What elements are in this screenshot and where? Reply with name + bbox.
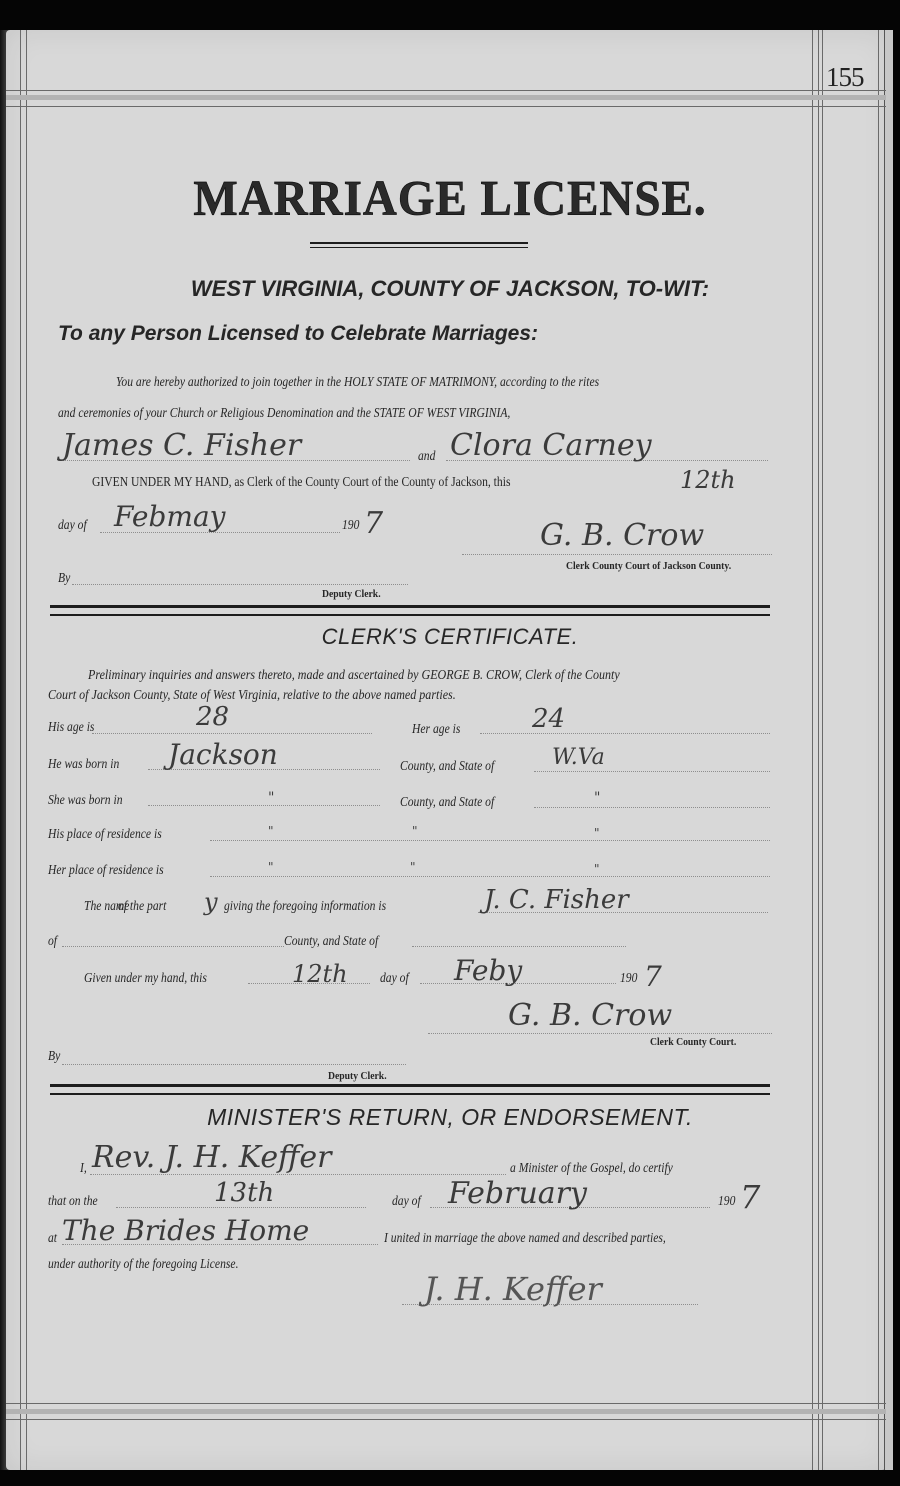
united-label: I united in marriage the above named and… xyxy=(384,1230,666,1246)
addressee-heading: To any Person Licensed to Celebrate Marr… xyxy=(58,322,538,346)
informant-party-suffix: y xyxy=(204,888,218,916)
clerk-signature: G. B. Crow xyxy=(540,518,704,553)
she-born-county: " xyxy=(268,790,274,806)
certificate-deputy-title: Deputy Clerk. xyxy=(328,1070,387,1082)
year-prefix: 190 xyxy=(342,517,359,533)
authority-label: under authority of the foregoing License… xyxy=(48,1256,238,1272)
minister-signature: J. H. Keffer xyxy=(424,1270,602,1308)
title-underline xyxy=(310,242,528,244)
margin-rule xyxy=(812,30,813,1470)
certificate-month: Feby xyxy=(454,954,522,987)
her-residence-ditto: " xyxy=(594,862,600,876)
he-born-label: He was born in xyxy=(48,756,119,772)
her-residence-label: Her place of residence is xyxy=(48,862,164,878)
informant-name: J. C. Fisher xyxy=(484,885,629,915)
certificate-day: 12th xyxy=(292,960,348,988)
given-label: Given under my hand, this xyxy=(84,970,207,986)
clerk-title: Clerk County Court of Jackson County. xyxy=(566,560,731,572)
marriage-place: The Brides Home xyxy=(62,1214,309,1247)
she-born-label: She was born in xyxy=(48,792,123,808)
license-intro-line2: and ceremonies of your Church or Religio… xyxy=(58,405,510,421)
footer-rule xyxy=(6,1419,886,1420)
minister-certify-label: a Minister of the Gospel, do certify xyxy=(510,1160,673,1176)
margin-rule xyxy=(26,30,27,1470)
day-of-label: day of xyxy=(58,517,87,533)
her-age-line xyxy=(480,733,770,734)
of-label: of xyxy=(48,933,57,949)
header-rule xyxy=(6,106,886,107)
document-title: MARRIAGE LICENSE. xyxy=(0,171,900,228)
ledger-page xyxy=(6,30,890,1470)
year-prefix: 190 xyxy=(620,970,637,986)
deputy-title: Deputy Clerk. xyxy=(322,588,381,600)
and-label: and xyxy=(418,448,435,464)
i-label: I, xyxy=(80,1160,87,1176)
certificate-intro-line1: Preliminary inquiries and answers theret… xyxy=(88,668,620,684)
margin-rule xyxy=(878,30,879,1470)
she-born-line xyxy=(148,805,380,806)
margin-rule xyxy=(822,30,823,1470)
her-residence-ditto: " xyxy=(410,860,416,874)
jurisdiction-heading: WEST VIRGINIA, COUNTY OF JACKSON, TO-WIT… xyxy=(0,276,900,302)
her-age-label: Her age is xyxy=(412,721,460,737)
clerk-signature-line xyxy=(462,554,772,555)
his-age-label: His age is xyxy=(48,719,94,735)
informant-county-state-label: County, and State of xyxy=(284,933,378,949)
at-label: at xyxy=(48,1230,57,1246)
header-rule-band xyxy=(6,95,886,100)
year-prefix: 190 xyxy=(718,1193,735,1209)
certificate-clerk-signature: G. B. Crow xyxy=(508,998,672,1033)
license-year-digit: 7 xyxy=(364,506,383,541)
by-label: By xyxy=(58,570,70,586)
her-age: 24 xyxy=(532,704,565,734)
informant-state-line xyxy=(412,946,626,947)
day-of-label: day of xyxy=(380,970,409,986)
return-month: February xyxy=(448,1176,587,1211)
margin-rule xyxy=(20,30,21,1470)
county-state-label: County, and State of xyxy=(400,794,494,810)
he-born-state: W.Va xyxy=(552,745,605,770)
his-age: 28 xyxy=(196,702,229,732)
deputy-line xyxy=(72,584,408,585)
page-number: 155 xyxy=(826,62,864,93)
his-residence-ditto: " xyxy=(594,826,600,840)
his-age-line xyxy=(92,733,372,734)
license-intro-line1: You are hereby authorized to join togeth… xyxy=(116,374,599,390)
he-born-state-line xyxy=(534,771,770,772)
certificate-deputy-line xyxy=(62,1064,406,1065)
section-divider xyxy=(50,1084,770,1095)
by-label: By xyxy=(48,1048,60,1064)
his-residence-label: His place of residence is xyxy=(48,826,162,842)
his-residence-line xyxy=(210,840,770,841)
his-residence-ditto: " xyxy=(412,824,418,838)
license-month: Febmay xyxy=(114,500,225,533)
certificate-clerk-title: Clerk County Court. xyxy=(650,1036,736,1048)
title-underline xyxy=(310,247,528,248)
his-residence-ditto: " xyxy=(268,824,274,838)
bride-name: Clora Carney xyxy=(450,428,652,463)
her-residence-ditto: " xyxy=(268,860,274,874)
page-edge xyxy=(884,30,893,1470)
certificate-intro-line2: Court of Jackson County, State of West V… xyxy=(48,688,456,704)
given-under-hand-label: GIVEN UNDER MY HAND, as Clerk of the Cou… xyxy=(92,474,510,490)
margin-rule xyxy=(818,30,819,1470)
that-on-label: that on the xyxy=(48,1193,98,1209)
license-day: 12th xyxy=(680,466,736,494)
county-state-label: County, and State of xyxy=(400,758,494,774)
footer-rule xyxy=(6,1403,886,1404)
header-rule xyxy=(6,90,886,91)
clerks-certificate-heading: CLERK'S CERTIFICATE. xyxy=(0,624,900,650)
groom-name: James C. Fisher xyxy=(62,428,301,463)
informant-county-line xyxy=(62,946,284,947)
section-divider xyxy=(50,605,770,616)
her-residence-line xyxy=(210,876,770,877)
certificate-clerk-signature-line xyxy=(428,1033,772,1034)
she-born-state: " xyxy=(594,790,600,806)
she-born-state-line xyxy=(534,807,770,808)
minister-name: Rev. J. H. Keffer xyxy=(92,1140,332,1175)
return-day: 13th xyxy=(214,1178,274,1208)
day-of-label: day of xyxy=(392,1193,421,1209)
informant-label-3: giving the foregoing information is xyxy=(224,898,386,914)
he-born-county: Jackson xyxy=(168,738,278,771)
return-year-digit: 7 xyxy=(740,1178,760,1216)
ministers-return-heading: MINISTER'S RETURN, OR ENDORSEMENT. xyxy=(0,1104,900,1131)
footer-rule-band xyxy=(6,1409,886,1414)
informant-label-2: of the part xyxy=(118,898,166,914)
certificate-year-digit: 7 xyxy=(644,960,662,993)
